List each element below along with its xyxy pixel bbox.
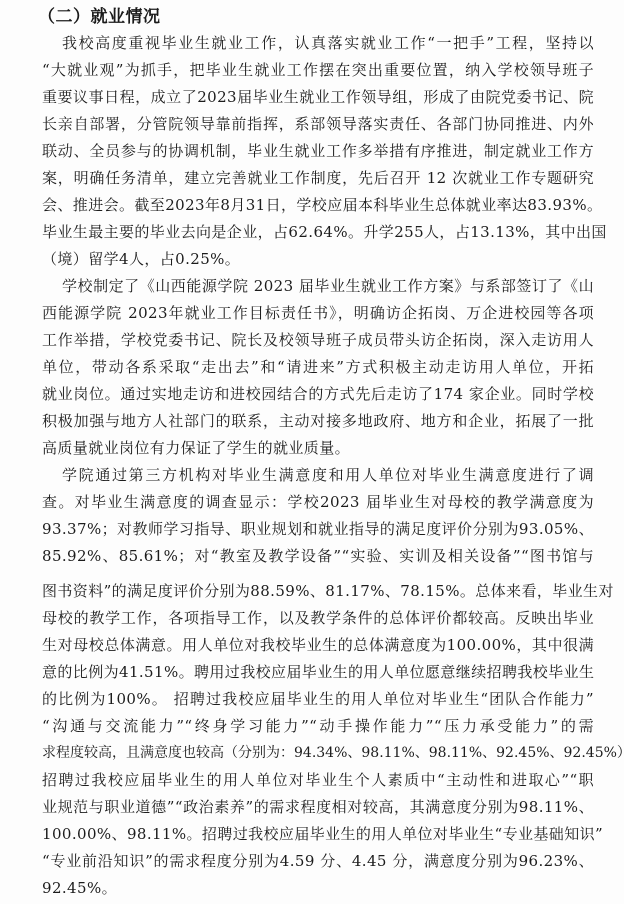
paragraph-line: 西能源学院 2023年就业工作目标责任书》，明确访企拓岗、万企进校园等各项 — [42, 303, 594, 323]
paragraph-line: 毕业生最主要的毕业去向是企业，占62.64%。升学255人，占13.13%，其中… — [42, 222, 594, 242]
paragraph-line: 母校的教学工作，各项指导工作，以及教学条件的总体评价都较高。反映出毕业 — [42, 608, 594, 628]
paragraph-line: 92.45%。 — [42, 878, 594, 898]
paragraph-line: 单位，带动各系采取“走出去”和“请进来”方式积极主动走访用人单位，开拓 — [42, 357, 594, 377]
paragraph-line: 学校制定了《山西能源学院 2023 届毕业生就业工作方案》与系部签订了《山 — [62, 276, 594, 296]
paragraph-line: 学院通过第三方机构对毕业生满意度和用人单位对毕业生满意度进行了调 — [62, 465, 594, 485]
paragraph-line: 会、推进会。截至2023年8月31日，学校应届本科毕业生总体就业率达83.93%… — [42, 195, 594, 215]
paragraph-line: “专业前沿知识”的需求程度分别为4.59 分、4.45 分，满意度分别为96.2… — [42, 851, 594, 871]
paragraph-line: 招聘过我校应届毕业生的用人单位对毕业生个人素质中“主动性和进取心”“职 — [42, 770, 594, 790]
paragraph-line: 100.00%、98.11%。招聘过我校应届毕业生的用人单位对毕业生“专业基础知… — [42, 824, 594, 844]
paragraph-line: “大就业观”为抓手，把毕业生就业工作摆在突出重要位置，纳入学校领导班子 — [42, 60, 594, 80]
paragraph-line: 高质量就业岗位有力保证了学生的就业质量。 — [42, 438, 594, 458]
paragraph-line: 的比例为100%。 招聘过我校应届毕业生的用人单位对毕业生“团队合作能力” — [42, 689, 594, 709]
paragraph-line: 我校高度重视毕业生就业工作，认真落实就业工作“一把手”工程，坚持以 — [62, 33, 594, 53]
paragraph-line: 93.37%；对教师学习指导、职业规划和就业指导的满足度评价分别为93.05%、 — [42, 519, 594, 539]
paragraph-line: 85.92%、85.61%；对“教室及教学设备”“实验、实训及相关设备”“图书馆… — [42, 546, 594, 566]
document-page: （二）就业情况 我校高度重视毕业生就业工作，认真落实就业工作“一把手”工程，坚持… — [0, 0, 624, 904]
paragraph-line: 工作举措，学校党委书记、院长及校领导班子成员带头访企拓岗，深入走访用人 — [42, 330, 594, 350]
paragraph-line: 长亲自部署，分管院领导靠前指挥，系部领导落实责任、各部门协同推进、内外 — [42, 114, 594, 134]
paragraph-line: 案，明确任务清单，建立完善就业工作制度，先后召开 12 次就业工作专题研究 — [42, 168, 594, 188]
paragraph-line: 重要议事日程，成立了2023届毕业生就业工作领导组，形成了由院党委书记、院 — [42, 87, 594, 107]
paragraph-line: 联动、全员参与的协调机制，毕业生就业工作多举措有序推进，制定就业工作方 — [42, 141, 594, 161]
paragraph-line: 求程度较高，且满意度也较高（分别为：94.34%、98.11%、98.11%、9… — [42, 743, 594, 763]
paragraph-line: 业规范与职业道德”“政治素养”的需求程度相对较高，其满意度分别为98.11%、 — [42, 797, 594, 817]
paragraph-line: 积极加强与地方人社部门的联系，主动对接多地政府、地方和企业，拓展了一批 — [42, 411, 594, 431]
paragraph-line: 就业岗位。通过实地走访和进校园结合的方式先后走访了174 家企业。同时学校 — [42, 384, 594, 404]
paragraph-line: “沟通与交流能力”“终身学习能力”“动手操作能力”“压力承受能力”的需 — [42, 716, 594, 736]
paragraph-line: 意的比例为41.51%。聘用过我校应届毕业生的用人单位愿意继续招聘我校毕业生 — [42, 662, 594, 682]
paragraph-line: 图书资料”的满足度评价分别为88.59%、81.17%、78.15%。总体来看，… — [42, 581, 594, 601]
section-heading: （二）就业情况 — [38, 2, 161, 27]
paragraph-line: 生对母校总体满意。用人单位对我校毕业生的总体满意度为100.00%，其中很满 — [42, 635, 594, 655]
paragraph-line: 查。对毕业生满意度的调查显示：学校2023 届毕业生对母校的教学满意度为 — [42, 492, 594, 512]
paragraph-line: （境）留学4人，占0.25%。 — [42, 249, 594, 269]
